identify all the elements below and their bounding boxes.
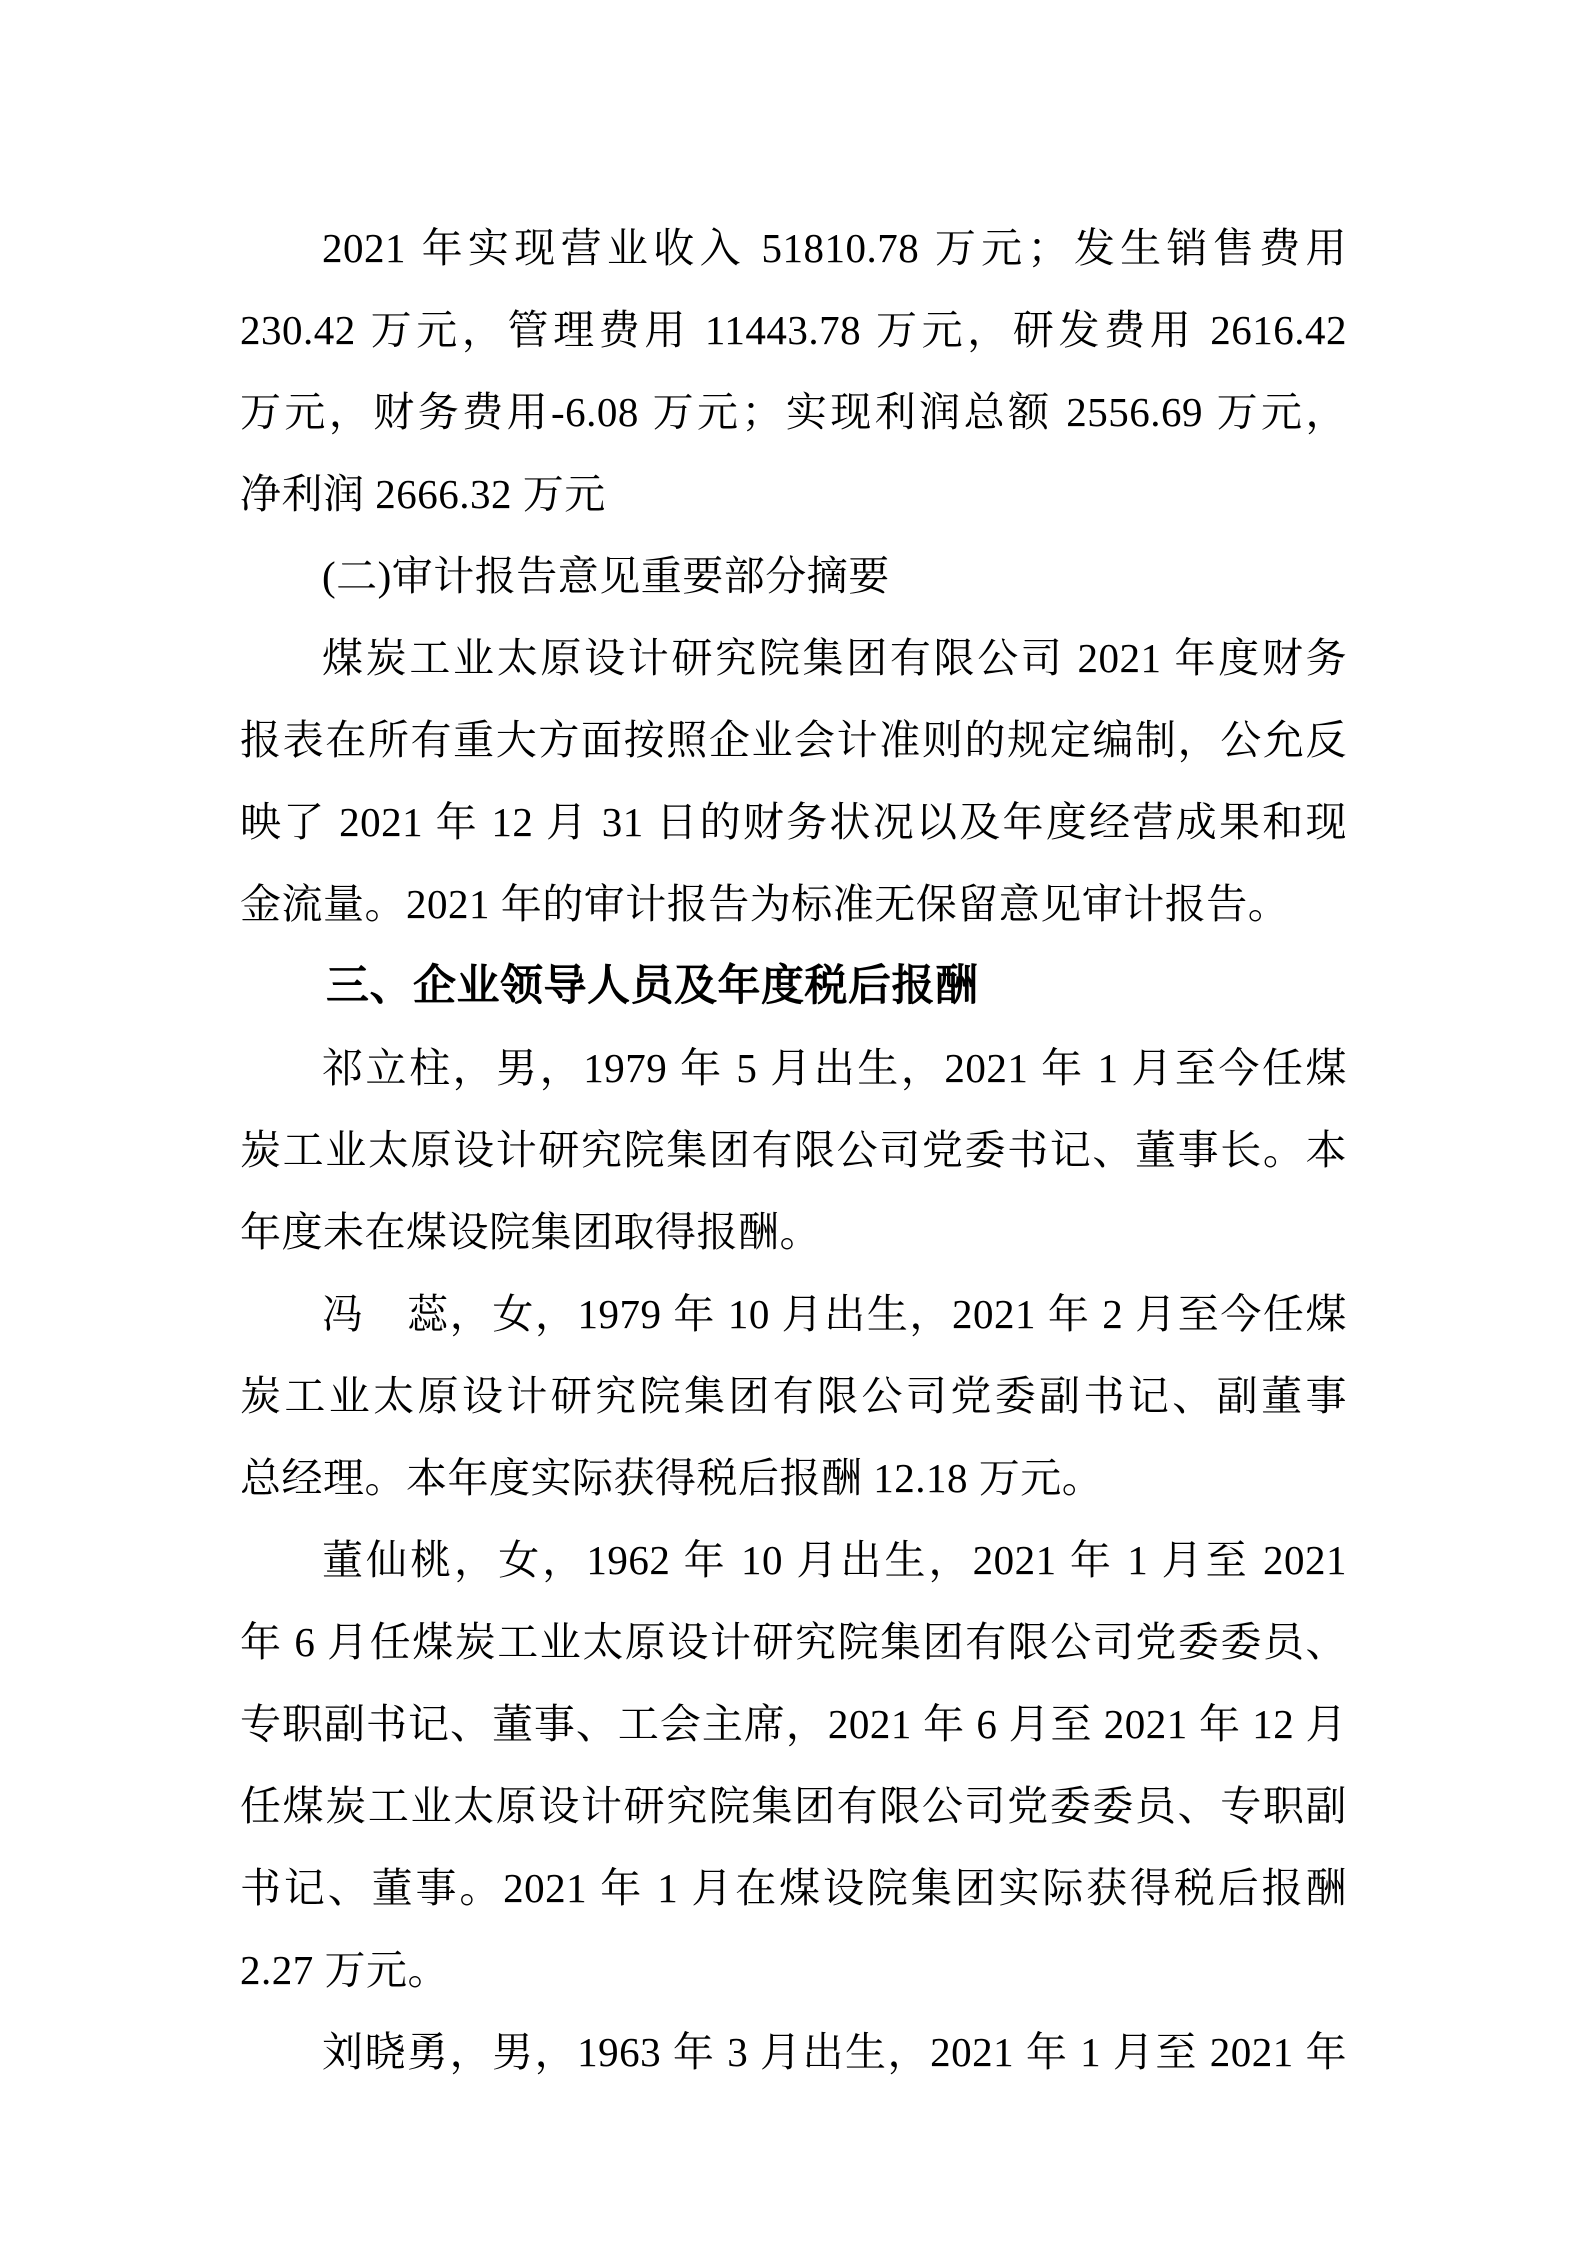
text-line: 映了 2021 年 12 月 31 日的财务状况以及年度经营成果和现	[240, 781, 1347, 863]
text-line: (二)审计报告意见重要部分摘要	[240, 535, 1347, 617]
text-line: 年 6 月任煤炭工业太原设计研究院集团有限公司党委委员、	[240, 1601, 1347, 1683]
text-line: 任煤炭工业太原设计研究院集团有限公司党委委员、专职副	[240, 1765, 1347, 1847]
text-line: 2.27 万元。	[240, 1929, 1347, 2011]
text-line: 万元，财务费用-6.08 万元；实现利润总额 2556.69 万元，	[240, 371, 1347, 453]
text-line: 炭工业太原设计研究院集团有限公司党委书记、董事长。本	[240, 1109, 1347, 1191]
text-line: 230.42 万元，管理费用 11443.78 万元，研发费用 2616.42	[240, 289, 1347, 371]
text-line: 净利润 2666.32 万元	[240, 453, 1347, 535]
audit-opinion-paragraph: 煤炭工业太原设计研究院集团有限公司 2021 年度财务报表在所有重大方面按照企业…	[240, 617, 1347, 945]
text-line: 书记、董事。2021 年 1 月在煤设院集团实际获得税后报酬	[240, 1847, 1347, 1929]
document-page: 2021 年实现营业收入 51810.78 万元；发生销售费用230.42 万元…	[0, 0, 1587, 2245]
text-line: 总经理。本年度实际获得税后报酬 12.18 万元。	[240, 1437, 1347, 1519]
text-line: 董仙桃，女，1962 年 10 月出生，2021 年 1 月至 2021	[240, 1519, 1347, 1601]
text-line: 2021 年实现营业收入 51810.78 万元；发生销售费用	[240, 207, 1347, 289]
audit-opinion-subheading: (二)审计报告意见重要部分摘要	[240, 535, 1347, 617]
text-line: 金流量。2021 年的审计报告为标准无保留意见审计报告。	[240, 863, 1347, 945]
text-line: 年度未在煤设院集团取得报酬。	[240, 1191, 1347, 1273]
document-body: 2021 年实现营业收入 51810.78 万元；发生销售费用230.42 万元…	[240, 207, 1347, 2093]
text-line: 炭工业太原设计研究院集团有限公司党委副书记、副董事长、	[240, 1355, 1347, 1437]
qi-lizhu-paragraph: 祁立柱，男，1979 年 5 月出生，2021 年 1 月至今任煤炭工业太原设计…	[240, 1027, 1347, 1273]
text-line: 报表在所有重大方面按照企业会计准则的规定编制，公允反	[240, 699, 1347, 781]
text-line: 煤炭工业太原设计研究院集团有限公司 2021 年度财务	[240, 617, 1347, 699]
text-line: 冯 蕊，女，1979 年 10 月出生，2021 年 2 月至今任煤	[240, 1273, 1347, 1355]
text-line: 刘晓勇，男，1963 年 3 月出生，2021 年 1 月至 2021 年	[240, 2011, 1347, 2093]
liu-xiaoyong-paragraph: 刘晓勇，男，1963 年 3 月出生，2021 年 1 月至 2021 年	[240, 2011, 1347, 2093]
leadership-section-heading: 三、企业领导人员及年度税后报酬	[240, 945, 1347, 1027]
revenue-expenses-paragraph: 2021 年实现营业收入 51810.78 万元；发生销售费用230.42 万元…	[240, 207, 1347, 535]
text-line: 三、企业领导人员及年度税后报酬	[240, 945, 1347, 1027]
dong-xiantao-paragraph: 董仙桃，女，1962 年 10 月出生，2021 年 1 月至 2021年 6 …	[240, 1519, 1347, 2011]
text-line: 祁立柱，男，1979 年 5 月出生，2021 年 1 月至今任煤	[240, 1027, 1347, 1109]
feng-rui-paragraph: 冯 蕊，女，1979 年 10 月出生，2021 年 2 月至今任煤炭工业太原设…	[240, 1273, 1347, 1519]
text-line: 专职副书记、董事、工会主席，2021 年 6 月至 2021 年 12 月	[240, 1683, 1347, 1765]
